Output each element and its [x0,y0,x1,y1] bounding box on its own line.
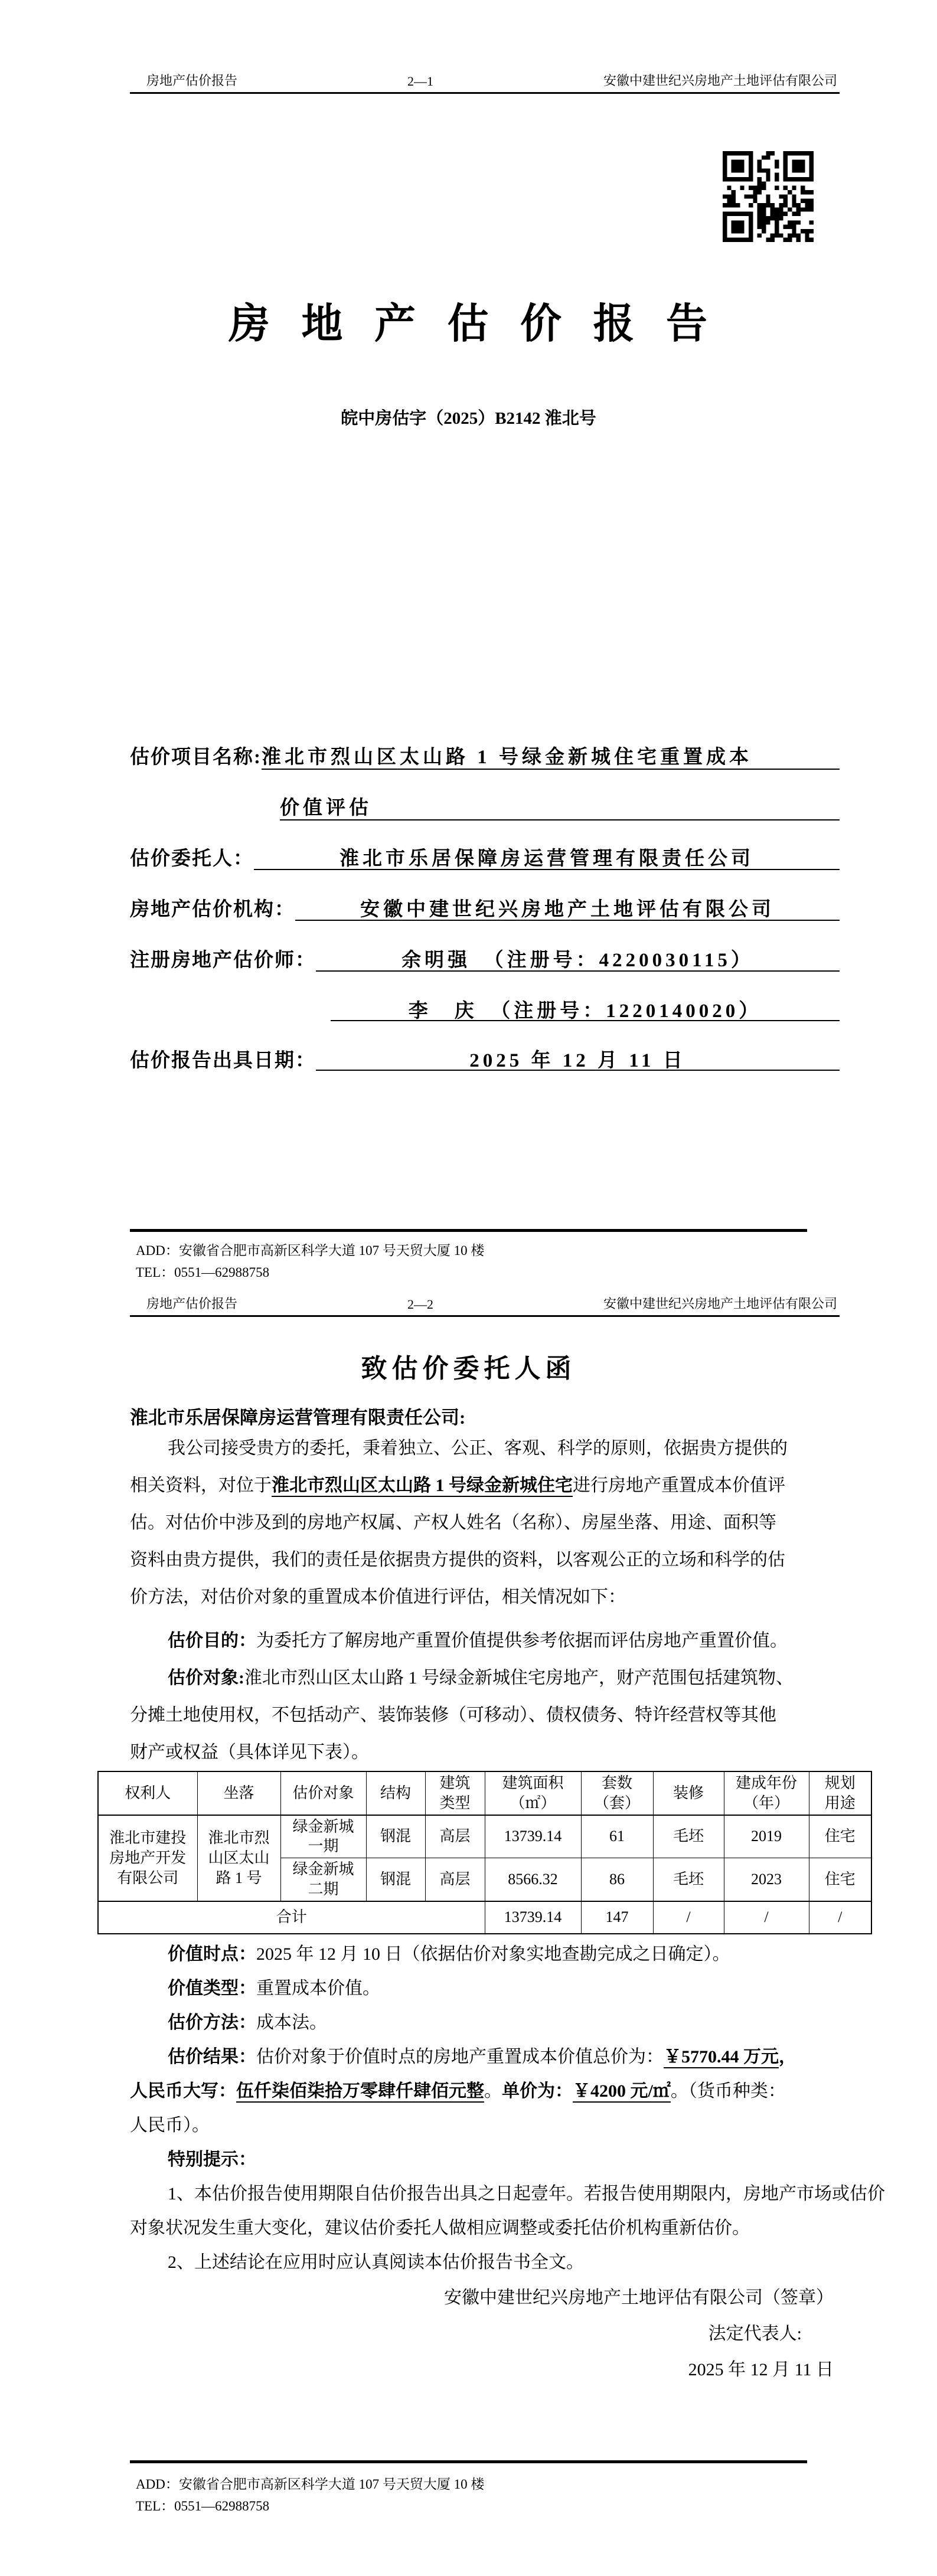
footer-tel: TEL：0551—62988758 [136,1261,269,1281]
footer-rule [130,1229,807,1232]
paragraph-line: 价方法，对估价对象的重置成本价值进行评估，相关情况如下： [130,1578,847,1616]
footer-rule [130,2460,807,2463]
form-indent-spacer [130,995,331,1021]
col-header-units: 套数 （套） [581,1771,653,1815]
field-label: 人民币大写： [130,2081,236,2101]
col-header-object: 估价对象 [280,1771,366,1815]
col-header-year: 建成年份 （年） [724,1771,809,1815]
paragraph-line: 我公司接受贵方的委托，秉着独立、公正、客观、科学的原则，依据贵方提供的 [130,1430,847,1467]
qr-code [723,151,814,242]
col-header-use: 规划 用途 [809,1771,871,1815]
result-line-3: 人民币）。 [130,2108,847,2143]
appraisal-object-table: 权利人 坐落 估价对象 结构 建筑 类型 建筑面积 （㎡） 套数 （套） 装修 … [97,1771,871,1934]
table-row-total: 合计 13739.14 147 / / / [98,1901,871,1934]
running-header-doc-title: 房地产估价报告 [132,1294,237,1312]
result-line-1: 估价结果：估价对象于价值时点的房地产重置成本价值总价为：￥5770.44 万元， [130,2040,847,2074]
paragraph-line: 估价对象:淮北市烈山区太山路 1 号绿金新城住宅房地产，财产范围包括建筑物、 [130,1659,847,1696]
running-header-doc-title: 房地产估价报告 [132,71,237,89]
col-header-structure: 结构 [366,1771,425,1815]
paragraph-line: 资料由贵方提供，我们的责任是依据贵方提供的资料，以客观公正的立场和科学的估 [130,1541,847,1578]
footer-address: ADD：安徽省合肥市高新区科学大道 107 号天贸大厦 10 楼 [136,1240,484,1259]
field-text: 重置成本价值。 [256,1979,380,1998]
form-label-agency: 房地产估价机构： [130,894,295,921]
signature-company: 安徽中建世纪兴房地产土地评估有限公司（签章） [444,2280,834,2316]
letter-salutation: 淮北市乐居保障房运营管理有限责任公司: [130,1403,465,1429]
report-number: 皖中房估字（2025）B2142 淮北号 [0,405,937,429]
cell-total-decoration: / [653,1901,724,1934]
special-notice: 特别提示： [130,2143,847,2177]
legal-representative: 法定代表人: [444,2316,834,2352]
form-value-report-date: 2025 年 12 月 11 日 [316,1045,840,1071]
form-value-appraiser2: 李 庆 （注册号：1220140020） [331,995,840,1021]
cell-units: 61 [581,1815,653,1858]
field-text: 淮北市烈山区太山路 1 号绿金新城住宅房地产，财产范围包括建筑物、 [244,1668,794,1688]
form-label-client: 估价委托人： [130,843,254,870]
running-header-company: 安徽中建世纪兴房地产土地评估有限公司 [603,1294,837,1312]
field-label: 单价为： [502,2081,573,2101]
cell-total-label: 合计 [98,1901,485,1934]
paragraph-line: 相关资料，对位于淮北市烈山区太山路 1 号绿金新城住宅进行房地产重置成本价值评 [130,1467,847,1504]
cell-use: 住宅 [809,1815,871,1858]
signature-date: 2025 年 12 月 11 日 [444,2352,834,2388]
form-row-appraiser2: 李 庆 （注册号：1220140020） [130,995,840,1021]
property-name-emphasis: 淮北市烈山区太山路 1 号绿金新城住宅 [272,1476,573,1497]
field-text: 2025 年 12 月 10 日（依据估价对象实地查勘完成之日确定）。 [256,1944,730,1964]
page-number: 2—1 [407,74,433,89]
notice-item-2: 2、上述结论在应用时应认真阅读本估价报告书全文。 [130,2245,847,2280]
cell-object: 绿金新城 一期 [280,1815,366,1858]
notice-label: 特别提示： [130,2143,847,2177]
property-table: 权利人 坐落 估价对象 结构 建筑 类型 建筑面积 （㎡） 套数 （套） 装修 … [97,1771,872,1934]
footer-address: ADD：安徽省合肥市高新区科学大道 107 号天贸大厦 10 楼 [136,2473,484,2493]
paragraph-line: 财产或权益（具体详见下表）。 [130,1734,847,1771]
report-document: 房地产估价报告 2—1 安徽中建世纪兴房地产土地评估有限公司 房 地 产 估 价… [0,0,937,2576]
cell-building-type: 高层 [425,1858,485,1901]
text-segment: 相关资料，对位于 [130,1476,272,1495]
header-rule [130,1315,840,1317]
form-value-project-line2: 价值评估 [280,792,840,820]
cell-location: 淮北市烈 山区太山 路 1 号 [197,1815,280,1901]
field-text: 成本法。 [256,2013,327,2032]
form-row-report-date: 估价报告出具日期： 2025 年 12 月 11 日 [130,1045,840,1071]
running-header-company: 安徽中建世纪兴房地产土地评估有限公司 [603,71,837,89]
text-segment: 。（货币种类： [671,2081,786,2101]
form-row-project-line2: 价值评估 [130,792,840,820]
text-segment: 。 [484,2081,502,2101]
field-text: 估价对象于价值时点的房地产重置成本价值总价为： [256,2047,664,2067]
cell-total-year: / [724,1901,809,1934]
cell-total-units: 147 [581,1901,653,1934]
page2-running-header: 房地产估价报告 2—2 安徽中建世纪兴房地产土地评估有限公司 [130,1294,840,1312]
form-value-project-line1: 淮北市烈山区太山路 1 号绿金新城住宅重置成本 [262,741,840,770]
footer-tel: TEL：0551—62988758 [136,2495,269,2515]
field-label: 估价目的： [168,1631,256,1650]
letter-title: 致估价委托人函 [0,1347,937,1385]
capital-amount-emphasis: 伍仟柒佰柒拾万零肆仟肆佰元整 [236,2081,484,2103]
cell-units: 86 [581,1858,653,1901]
cell-structure: 钢混 [366,1815,425,1858]
cell-structure: 钢混 [366,1858,425,1901]
text-segment: ， [779,2047,796,2067]
cell-use: 住宅 [809,1858,871,1901]
paragraph-line: 2、上述结论在应用时应认真阅读本估价报告书全文。 [130,2245,847,2280]
cell-decoration: 毛坯 [653,1815,724,1858]
form-row-appraiser1: 注册房地产估价师： 余明强 （注册号：4220030115） [130,944,840,972]
appraisal-conclusions: 价值时点：2025 年 12 月 10 日（依据估价对象实地查勘完成之日确定）。… [130,1937,847,2143]
header-rule [130,92,840,94]
letter-paragraph-intro: 我公司接受贵方的委托，秉着独立、公正、客观、科学的原则，依据贵方提供的 相关资料… [130,1430,847,1616]
field-label: 估价结果： [168,2047,256,2067]
paragraph-line: 对象状况发生重大变化，建议估价委托人做相应调整或委托估价机构重新估价。 [130,2211,847,2245]
cell-decoration: 毛坯 [653,1858,724,1901]
paragraph-line: 分摊土地使用权，不包括动产、装饰装修（可移动）、债权债务、特许经营权等其他 [130,1696,847,1734]
cell-owner: 淮北市建投 房地产开发 有限公司 [98,1815,197,1901]
field-label: 估价方法： [168,2013,256,2032]
form-row-project: 估价项目名称: 淮北市烈山区太山路 1 号绿金新城住宅重置成本 [130,741,840,770]
col-header-location: 坐落 [197,1771,280,1815]
form-value-appraiser1: 余明强 （注册号：4220030115） [316,944,840,972]
paragraph-line: 1、本估价报告使用期限自估价报告出具之日起壹年。若报告使用期限内，房地产市场或估… [130,2177,847,2211]
cell-building-type: 高层 [425,1815,485,1858]
value-type-line: 价值类型：重置成本价值。 [130,1972,847,2006]
cell-object: 绿金新城 二期 [280,1858,366,1901]
form-value-agency: 安徽中建世纪兴房地产土地评估有限公司 [295,894,840,921]
form-label-project: 估价项目名称: [130,741,262,770]
cell-area: 8566.32 [485,1858,581,1901]
cell-total-use: / [809,1901,871,1934]
appraisal-object: 估价对象:淮北市烈山区太山路 1 号绿金新城住宅房地产，财产范围包括建筑物、 分… [130,1659,847,1771]
form-row-client: 估价委托人： 淮北市乐居保障房运营管理有限责任公司 [130,843,840,870]
paragraph-line: 估价目的：为委托方了解房地产重置价值提供参考依据而评估房地产重置价值。 [130,1622,847,1659]
field-text: 为委托方了解房地产重置价值提供参考依据而评估房地产重置价值。 [256,1631,788,1650]
result-line-2: 人民币大写：伍仟柒佰柒拾万零肆仟肆佰元整。单价为：￥4200 元/㎡。（货币种类… [130,2074,847,2108]
signature-block: 安徽中建世纪兴房地产土地评估有限公司（签章） 法定代表人: 2025 年 12 … [444,2280,834,2388]
method-line: 估价方法：成本法。 [130,2006,847,2040]
value-date-line: 价值时点：2025 年 12 月 10 日（依据估价对象实地查勘完成之日确定）。 [130,1937,847,1972]
unit-price-emphasis: ￥4200 元/㎡ [573,2081,671,2103]
form-indent-spacer [130,792,280,820]
text-segment: 进行房地产重置成本价值评 [573,1476,785,1495]
form-value-client: 淮北市乐居保障房运营管理有限责任公司 [254,843,840,870]
table-row-phase1: 淮北市建投 房地产开发 有限公司 淮北市烈 山区太山 路 1 号 绿金新城 一期… [98,1815,871,1858]
form-label-report-date: 估价报告出具日期： [130,1045,316,1071]
paragraph-line: 估。对估价中涉及到的房地产权属、产权人姓名（名称）、房屋坐落、用途、面积等 [130,1504,847,1541]
form-row-agency: 房地产估价机构： 安徽中建世纪兴房地产土地评估有限公司 [130,894,840,921]
col-header-building-type: 建筑 类型 [425,1771,485,1815]
col-header-owner: 权利人 [98,1771,197,1815]
field-label: 价值类型： [168,1979,256,1998]
cell-year: 2019 [724,1815,809,1858]
col-header-area: 建筑面积 （㎡） [485,1771,581,1815]
page1-running-header: 房地产估价报告 2—1 安徽中建世纪兴房地产土地评估有限公司 [130,71,840,89]
appraisal-purpose: 估价目的：为委托方了解房地产重置价值提供参考依据而评估房地产重置价值。 [130,1622,847,1659]
total-value-emphasis: ￥5770.44 万元 [664,2047,779,2068]
cell-year: 2023 [724,1858,809,1901]
report-title: 房 地 产 估 价 报 告 [0,290,937,350]
field-label: 价值时点： [168,1944,256,1964]
page-number: 2—2 [407,1297,433,1312]
form-label-appraiser: 注册房地产估价师： [130,944,316,972]
cell-area: 13739.14 [485,1815,581,1858]
table-header-row: 权利人 坐落 估价对象 结构 建筑 类型 建筑面积 （㎡） 套数 （套） 装修 … [98,1771,871,1815]
col-header-decoration: 装修 [653,1771,724,1815]
field-label: 估价对象: [168,1668,244,1688]
notice-item-1: 1、本估价报告使用期限自估价报告出具之日起壹年。若报告使用期限内，房地产市场或估… [130,2177,847,2245]
cell-total-area: 13739.14 [485,1901,581,1934]
